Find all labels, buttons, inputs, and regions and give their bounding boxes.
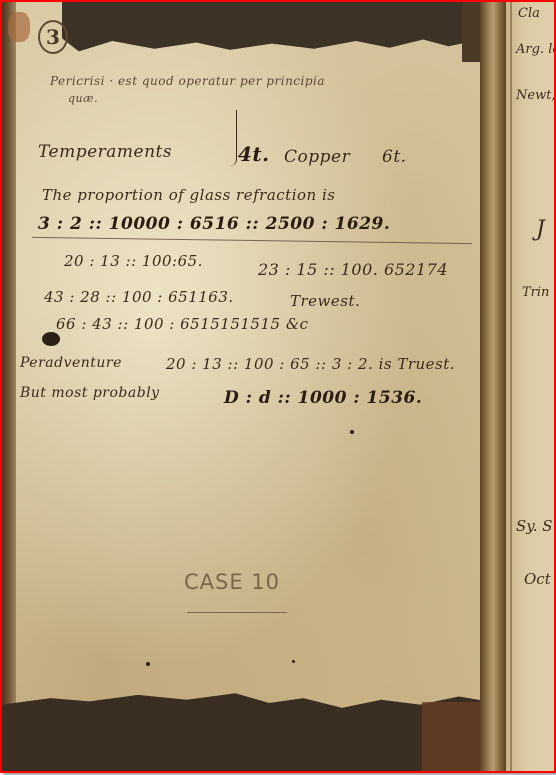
facing-page (506, 2, 554, 771)
corner-stain (8, 12, 30, 42)
image-frame: 3 Pericrisi · est quod operatur per prin… (0, 0, 556, 773)
proportion-line-2b: 23 : 15 :: 100. 652174 (258, 260, 448, 279)
margin-note-2: Arg. le (516, 42, 556, 57)
case-underline (187, 612, 287, 613)
proportion-line-4: 66 : 43 :: 100 : 6515151515 &c (56, 315, 309, 333)
margin-note-3: Newt, (516, 88, 556, 103)
bottom-rust-stain (422, 702, 488, 771)
temperaments-label: Temperaments (38, 142, 172, 162)
page-left-edge (2, 2, 16, 771)
margin-note-6: Sy. S (516, 517, 553, 535)
proportion-line-1: 3 : 2 :: 10000 : 6516 :: 2500 : 1629. (38, 214, 390, 234)
temperament-copper-value: 6t. (382, 147, 407, 167)
speck (146, 662, 150, 666)
binding-gutter (480, 2, 506, 771)
peradventure-value: 20 : 13 :: 100 : 65 :: 3 : 2. is Truest. (166, 355, 455, 373)
speck (350, 430, 354, 434)
folio-number: 3 (38, 20, 68, 54)
proportion-line-3-note: Trewest. (290, 292, 360, 310)
ink-blot (42, 332, 60, 346)
probably-value: D : d :: 1000 : 1536. (224, 388, 422, 408)
speck (292, 660, 295, 663)
temperament-copper-label: Copper (284, 147, 350, 167)
latin-line-1: Pericrisi · est quod operatur per princi… (50, 74, 325, 88)
margin-note-7: Oct (524, 570, 551, 588)
proportion-line-3: 43 : 28 :: 100 : 651163. (44, 288, 234, 306)
probably-label: But most probably (20, 385, 160, 401)
facing-page-edge (510, 2, 512, 771)
proportion-line-2a: 20 : 13 :: 100:65. (64, 252, 203, 270)
brace-mark (230, 110, 237, 166)
margin-note-4: J (536, 217, 545, 242)
case-stamp: CASE 10 (184, 570, 280, 594)
refraction-heading: The proportion of glass refraction is (42, 186, 335, 204)
margin-note-1: Cla (518, 6, 540, 21)
margin-note-5: Trin (522, 285, 549, 300)
peradventure-label: Peradventure (20, 355, 122, 371)
latin-line-2: quæ. (68, 92, 98, 105)
temperament-tin: 4t. (238, 142, 270, 166)
